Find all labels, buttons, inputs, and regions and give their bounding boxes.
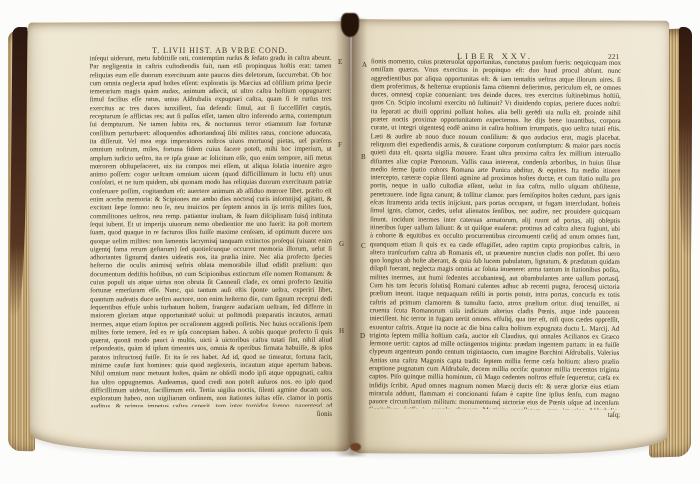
margin-letter-c: C [361,242,366,250]
spine-tail-mark [350,443,361,451]
spine-gutter-shadow [335,18,367,456]
margin-letter-h: H [339,327,344,335]
right-page-body-text: ſionis momento, cuius præteruolat opport… [369,58,621,410]
left-page-body-text: inſequi uiderunt, metu ſubſtitiſſe rati,… [90,55,333,408]
right-leather-cover [679,27,692,257]
open-book: T. LIVII HIST. AB VRBE COND. inſequi uid… [8,13,692,471]
margin-letter-a: A [362,61,367,69]
running-head-left: T. LIVII HIST. AB VRBE COND. [104,46,336,55]
margin-letter-e: E [338,58,342,66]
margin-letter-f: F [338,141,342,149]
right-page-catchword: taſq; [370,412,620,419]
book-photo: T. LIVII HIST. AB VRBE COND. inſequi uid… [0,0,700,484]
margin-letter-g: G [339,240,344,248]
margin-letter-d: D [360,332,365,340]
spine-head-notch [341,13,359,37]
margin-letter-b: B [361,153,366,161]
left-page-catchword: ſionis [90,411,332,418]
